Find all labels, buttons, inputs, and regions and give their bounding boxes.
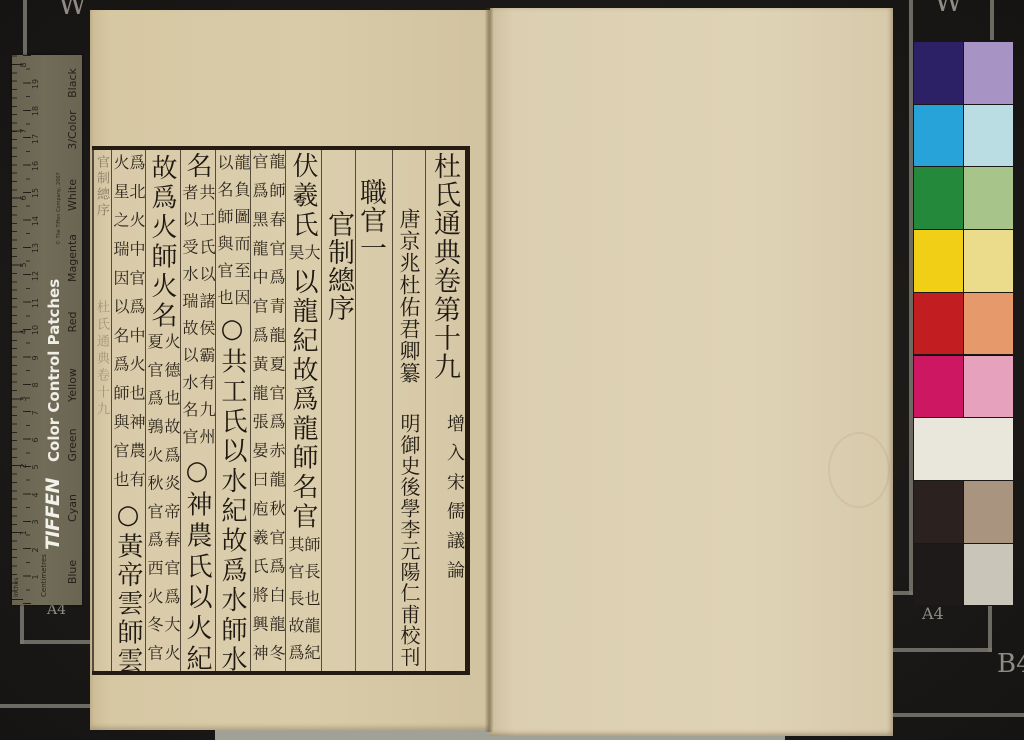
cm-mark: 14 <box>32 216 40 226</box>
patch-label-yellow: Yellow <box>67 368 78 402</box>
cm-mark: 18 <box>32 106 40 116</box>
cm-mark: 15 <box>32 188 40 198</box>
section-heading: 官制總序 <box>325 210 352 322</box>
patch-full-white <box>914 418 1013 480</box>
color-patch-card <box>914 42 1013 606</box>
cm-mark: 7 <box>32 410 40 415</box>
annotation-right: 龍負圖而至因 <box>233 154 249 316</box>
faint-seal-mark <box>828 432 890 508</box>
column-rule <box>392 150 393 671</box>
patch-label-magenta: Magenta <box>67 234 78 282</box>
annotation-right: 爲北火中官爲中火也神農有 <box>128 154 144 500</box>
backdrop-grid-line <box>20 640 90 644</box>
annotation-left: 其官長故爲 <box>287 536 303 671</box>
backdrop-grid-line <box>20 600 24 644</box>
patch-row-red <box>914 293 1013 356</box>
strip-title: Color Control Patches <box>47 279 62 462</box>
cm-mark: 3 <box>32 519 40 524</box>
annotation-left: 火星之瑞因以名爲師與官也 <box>112 154 128 500</box>
patch-full-blue <box>914 42 963 104</box>
patch-tint-3color <box>963 481 1013 543</box>
copyright-notice: © The Tiffen Company, 2007 <box>57 172 62 245</box>
backdrop-grid-line <box>988 606 992 652</box>
cm-mark: 5 <box>32 464 40 469</box>
cm-mark: 9 <box>32 355 40 360</box>
inch-mark: 6 <box>20 195 28 200</box>
book-gutter <box>485 8 493 732</box>
main-text-segment: ○神農氏以火紀 <box>184 456 210 676</box>
main-text-segment: 故爲火師火名 <box>149 154 175 331</box>
fold-margin-title: 杜氏通典卷十九 <box>95 300 108 419</box>
annotation-left: 昊 <box>287 244 303 260</box>
backdrop-grid-line <box>909 0 913 595</box>
patch-full-green <box>914 167 963 229</box>
inch-mark: 7 <box>20 128 28 133</box>
patch-label-cyan: Cyan <box>67 494 78 522</box>
patch-label-green: Green <box>67 428 78 461</box>
cm-mark: 10 <box>32 325 40 335</box>
patch-label-red: Red <box>67 312 78 333</box>
patch-row-black <box>914 544 1013 607</box>
backdrop-grid-line <box>990 0 994 40</box>
annotation-left: 夏官爲鶉火秋官爲西火冬官 <box>146 333 162 673</box>
right-page-blank <box>490 8 893 736</box>
unit-label-centimetres: Centimetres <box>41 554 48 597</box>
inch-mark: 1 <box>20 530 28 535</box>
main-text-segment: 以龍紀故爲龍師名官 <box>290 268 316 532</box>
chapter-heading: 職官一 <box>357 178 384 262</box>
column-rule <box>425 150 426 671</box>
patch-tint-blue <box>963 42 1013 104</box>
patch-tint-black <box>963 544 1013 606</box>
patch-tint-magenta <box>963 356 1013 418</box>
patch-full-cyan <box>914 105 963 167</box>
inch-mark: 4 <box>20 329 28 334</box>
title-note: 增入宋儒議論 <box>445 414 463 590</box>
cm-mark: 4 <box>32 492 40 497</box>
patch-tint-yellow <box>963 230 1013 292</box>
patch-tint-cyan <box>963 105 1013 167</box>
backdrop-zone-label: B4 <box>997 651 1024 677</box>
cm-mark: 17 <box>32 134 40 144</box>
backdrop-grid-line <box>0 704 90 708</box>
patch-row-magenta <box>914 356 1013 419</box>
backdrop-grid-line <box>23 0 27 56</box>
patch-row-green <box>914 167 1013 230</box>
compiler-credit: 唐京兆杜佑君卿纂 <box>398 208 419 384</box>
patch-label-blue: Blue <box>67 560 78 584</box>
backdrop-zone-label: A4 <box>922 606 944 622</box>
block-border-right <box>465 146 470 675</box>
patch-label-black: Black <box>67 68 78 98</box>
cm-mark: 1 <box>32 574 40 579</box>
patch-row-3color <box>914 481 1013 544</box>
annotation-left: 官爲黑龍中官爲黃龍張晏曰庖羲氏將興神 <box>251 153 267 673</box>
annotation-right: 師長也龍紀 <box>303 536 319 671</box>
annotation-right: 共工氏以諸侯霸有九州 <box>198 184 214 455</box>
backdrop-grid-line <box>893 591 913 595</box>
photo-scene: W W A4 A4 B4 Inches Centimetres 1 2 3 4 … <box>0 0 1024 740</box>
block-border-top <box>92 146 470 150</box>
cm-mark: 16 <box>32 161 40 171</box>
tiffen-color-control-strip: Inches Centimetres 1 2 3 4 5 6 7 8 1 2 3… <box>12 55 82 605</box>
patch-full-red <box>914 293 963 355</box>
annotation-left: 者以受水瑞故以水名官 <box>181 184 197 455</box>
patch-full-3color <box>914 481 963 543</box>
main-text-segment: 伏羲氏 <box>290 152 316 241</box>
patch-row-yellow <box>914 230 1013 293</box>
backdrop-zone-label: A4 <box>47 603 66 617</box>
editor-credit: 明御史後學李元陽仁甫校刊 <box>399 413 419 667</box>
unit-label-inches: Inches <box>14 578 20 598</box>
inch-mark: 8 <box>20 62 28 67</box>
annotation-right: 龍師春官爲青龍夏官爲赤龍秋官爲白龍冬 <box>268 153 284 673</box>
cm-mark: 19 <box>32 79 40 89</box>
inch-mark: 3 <box>20 396 28 401</box>
patch-row-cyan <box>914 105 1013 168</box>
main-text-segment: 名 <box>184 152 210 178</box>
patch-label-white: White <box>67 179 78 211</box>
backdrop-grid-line <box>893 648 992 652</box>
book-title: 杜氏通典卷第十九 <box>431 152 458 382</box>
patch-row-white <box>914 418 1013 481</box>
main-text-segment: ○共工氏以水紀故爲水師水 <box>219 314 245 676</box>
backdrop-letter-mark: W <box>58 0 87 19</box>
patch-tint-green <box>963 167 1013 229</box>
tiffen-logo: TIFFEN <box>44 478 63 550</box>
patch-row-blue <box>914 42 1013 105</box>
patch-full-magenta <box>914 356 963 418</box>
patch-label-3color: 3/Color <box>67 110 78 149</box>
cm-mark: 13 <box>32 243 40 253</box>
inch-mark: 2 <box>20 463 28 468</box>
patch-full-yellow <box>914 230 963 292</box>
fold-margin-section: 官制總序 <box>95 155 108 219</box>
annotation-left: 以名師與官也 <box>216 154 232 316</box>
backdrop-grid-line <box>893 713 1024 717</box>
inch-mark: 5 <box>20 262 28 267</box>
cm-mark: 6 <box>32 437 40 442</box>
cm-mark: 8 <box>32 382 40 387</box>
annotation-right: 大 <box>303 244 319 260</box>
cm-mark: 11 <box>32 298 40 308</box>
backdrop-letter-mark: W <box>934 0 963 16</box>
cm-mark: 2 <box>32 547 40 552</box>
patch-tint-red <box>963 293 1013 355</box>
main-text-segment: ○黃帝雲師雲 <box>115 500 141 676</box>
patch-full-black <box>914 544 963 606</box>
annotation-right: 火德也故爲炎帝春官爲大火 <box>163 333 179 673</box>
cm-mark: 12 <box>32 271 40 281</box>
